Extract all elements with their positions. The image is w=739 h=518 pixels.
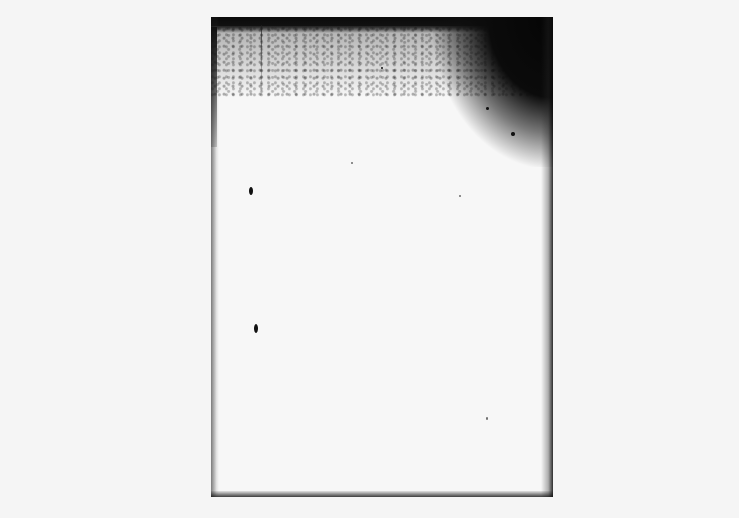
ink-blemish [459,195,461,197]
scanned-page [211,17,553,497]
ink-blemish [511,132,515,136]
ink-blemish [351,162,353,164]
ink-blemish [486,417,488,420]
scan-border-bottom [211,491,553,497]
ink-blemish [381,67,383,69]
scan-shadow-corner [433,17,553,167]
document-viewer [0,0,739,518]
ink-blemish [254,324,258,333]
scan-border-right [541,17,553,497]
scan-shadow-left [211,27,217,147]
ink-blemish [249,187,253,195]
ink-blemish [486,107,489,110]
page-fold-line [261,25,262,95]
